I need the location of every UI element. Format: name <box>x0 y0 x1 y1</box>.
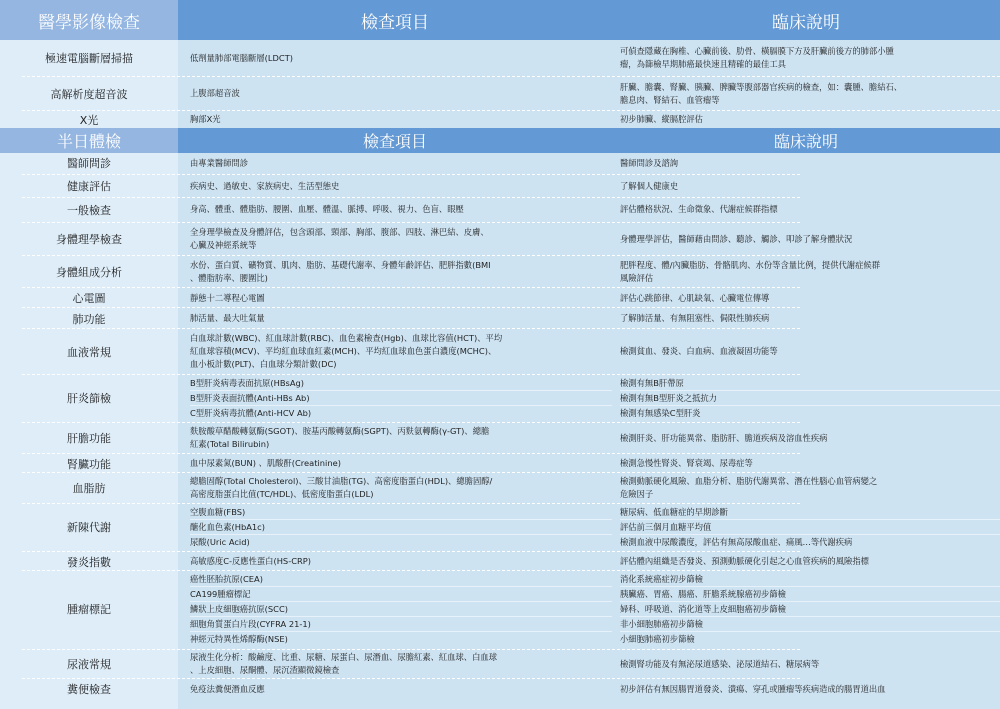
imaging-category-title: 醫學影像檢查 <box>0 0 178 40</box>
row-items: 尿液生化分析：酸鹼度、比重、尿糖、尿蛋白、尿潛血、尿膽紅素、紅血球、白血球、上皮… <box>178 650 612 678</box>
desc-line: 評估體格狀況、生命徵象、代謝症候群指標 <box>620 203 1000 216</box>
row-items: 癌性胚胎抗原(CEA) CA199腫瘤標記 鱗狀上皮細胞癌抗原(SCC) 細胞角… <box>178 571 612 647</box>
row-desc: 初步肺臟、縱膈腔評估 <box>612 111 1000 128</box>
row-items: 疾病史、過敏史、家族病史、生活型態史 <box>178 175 612 197</box>
desc-line: 檢測腎功能及有無泌尿道感染、泌尿道結石、糖尿病等 <box>620 658 1000 671</box>
desc-line: 檢測有無感染C型肝炎 <box>620 406 1000 420</box>
row-desc: 評估體內組織是否發炎、預測動脈硬化引起之心血管疾病的風險指標 <box>612 552 1000 571</box>
desc-line: 評估體內組織是否發炎、預測動脈硬化引起之心血管疾病的風險指標 <box>620 555 1000 568</box>
desc-line: 評估前三個月血糖平均值 <box>620 520 1000 535</box>
item-line: B型肝炎表面抗體(Anti-HBs Ab) <box>190 391 612 406</box>
desc-line: 身體理學評估，醫師藉由問診、聽診、觸診、叩診了解身體狀況 <box>620 233 1000 246</box>
desc-line: 初步評估有無因腸胃道發炎、潰瘍、穿孔或腫瘤等疾病造成的腸胃道出血 <box>620 683 1000 696</box>
item-line: 細胞角質蛋白片段(CYFRA 21-1) <box>190 617 612 632</box>
table-row: 發炎指數 高敏感度C-反應性蛋白(HS-CRP) 評估體內組織是否發炎、預測動脈… <box>0 552 1000 571</box>
table-row: 肝膽功能 麩胺酸草醋酸轉氨酶(SGOT)、胺基丙酸轉氨酶(SGPT)、丙麩氨轉酶… <box>0 423 1000 453</box>
table-row: X光 胸部X光 初步肺臟、縱膈腔評估 <box>0 111 1000 128</box>
item-line: 紅血球容積(MCV)、平均紅血球血紅素(MCH)、平均紅血球血色蛋白濃度(MCH… <box>190 345 612 358</box>
row-name: 身體理學檢查 <box>0 223 178 255</box>
row-desc: 了解個人健康史 <box>612 175 1000 197</box>
imaging-items-header: 檢查項目 <box>178 0 612 40</box>
row-desc: 檢測貧血、發炎、白血病、血液凝固功能等 <box>612 329 1000 374</box>
row-items: 血中尿素氮(BUN) 、肌酸酐(Creatinine) <box>178 454 612 473</box>
table-row: 身體理學檢查 全身理學檢查及身體評估，包含頭部、頸部、胸部、腹部、四肢、淋巴結、… <box>0 223 1000 255</box>
row-items: 低劑量肺部電腦斷層(LDCT) <box>178 40 612 76</box>
row-items: 由專業醫師問診 <box>178 153 612 173</box>
desc-line: 檢測有無B肝帶原 <box>620 376 1000 391</box>
row-name: 血液常規 <box>0 329 178 374</box>
item-line: CA199腫瘤標記 <box>190 587 612 602</box>
desc-line: 檢測有無B型肝炎之抵抗力 <box>620 391 1000 406</box>
row-name: 一般檢查 <box>0 198 178 221</box>
table-row: 心電圖 靜態十二導程心電圖 評估心跳節律、心肌缺氧、心臟電位傳導 <box>0 288 1000 308</box>
item-line: 血小板計數(PLT)、白血球分類計數(DC) <box>190 358 612 371</box>
row-desc: 評估心跳節律、心肌缺氧、心臟電位傳導 <box>612 288 1000 308</box>
row-name: 糞便檢查 <box>0 679 178 699</box>
halfday-header: 半日體檢 檢查項目 臨床說明 <box>0 128 1000 153</box>
row-desc: 初步評估有無因腸胃道發炎、潰瘍、穿孔或腫瘤等疾病造成的腸胃道出血 <box>612 679 1000 699</box>
desc-line: 風險評估 <box>620 272 1000 285</box>
row-desc: 檢測有無B肝帶原 檢測有無B型肝炎之抵抗力 檢測有無感染C型肝炎 <box>612 376 1000 420</box>
row-items: 靜態十二導程心電圖 <box>178 288 612 308</box>
item-line: 麩胺酸草醋酸轉氨酶(SGOT)、胺基丙酸轉氨酶(SGPT)、丙麩氨轉酶(γ-GT… <box>190 425 612 438</box>
table-row: 一般檢查 身高、體重、體脂肪、腰圍、血壓、體溫、脈搏、呼吸、視力、色盲、眼壓 評… <box>0 198 1000 221</box>
imaging-header: 醫學影像檢查 檢查項目 臨床說明 <box>0 0 1000 40</box>
row-desc: 肥胖程度、體/內臟脂肪、骨骼肌肉、水份等含量比例，提供代謝症候群風險評估 <box>612 256 1000 287</box>
row-name: 醫師問診 <box>0 153 178 173</box>
item-line: 空腹血糖(FBS) <box>190 505 612 520</box>
desc-line: 檢測急慢性腎炎、腎衰竭、尿毒症等 <box>620 457 1000 470</box>
item-line: 水份、蛋白質、礦物質、肌肉、脂肪、基礎代謝率、身體年齡評估、肥胖指數(BMI <box>190 259 612 272</box>
item-line: 、上皮細胞、尿酮體、尿沉渣顯微鏡檢查 <box>190 664 612 677</box>
item-line: 胸部X光 <box>190 113 612 126</box>
row-desc: 檢測腎功能及有無泌尿道感染、泌尿道結石、糖尿病等 <box>612 650 1000 678</box>
row-items: 總膽固醇(Total Cholesterol)、三酸甘油脂(TG)、高密度脂蛋白… <box>178 473 612 503</box>
row-name: X光 <box>0 111 178 128</box>
desc-line: 了解個人健康史 <box>620 180 1000 193</box>
desc-line: 肝臟、膽囊、腎臟、胰臟、脾臟等腹部器官疾病的檢查，如：囊腫、膽結石、 <box>620 81 1000 94</box>
item-line: 上腹部超音波 <box>190 87 612 100</box>
table-row: 血液常規 白血球計數(WBC)、紅血球計數(RBC)、血色素檢查(Hgb)、血球… <box>0 329 1000 374</box>
row-name: 高解析度超音波 <box>0 77 178 110</box>
halfday-items-header: 檢查項目 <box>178 128 612 153</box>
desc-line: 檢測貧血、發炎、白血病、血液凝固功能等 <box>620 345 1000 358</box>
table-row: 腎臟功能 血中尿素氮(BUN) 、肌酸酐(Creatinine) 檢測急慢性腎炎… <box>0 454 1000 473</box>
row-name: 新陳代謝 <box>0 505 178 549</box>
item-line: 醣化血色素(HbA1c) <box>190 520 612 535</box>
health-checkup-table: 醫學影像檢查 檢查項目 臨床說明 極速電腦斷層掃描 低劑量肺部電腦斷層(LDCT… <box>0 0 1000 709</box>
row-divider <box>22 374 800 375</box>
desc-line: 婦科、呼吸道、消化道等上皮細胞癌初步篩檢 <box>620 602 1000 617</box>
table-row: 血脂肪 總膽固醇(Total Cholesterol)、三酸甘油脂(TG)、高密… <box>0 473 1000 503</box>
halfday-clinical-header: 臨床說明 <box>612 128 1000 153</box>
item-line: 總膽固醇(Total Cholesterol)、三酸甘油脂(TG)、高密度脂蛋白… <box>190 475 612 488</box>
row-desc: 檢測急慢性腎炎、腎衰竭、尿毒症等 <box>612 454 1000 473</box>
row-name: 身體組成分析 <box>0 256 178 287</box>
item-line: 癌性胚胎抗原(CEA) <box>190 572 612 587</box>
item-line: 由專業醫師問診 <box>190 157 612 170</box>
row-items: 肺活量、最大吐氣量 <box>178 308 612 329</box>
desc-line: 小細胞肺癌初步篩檢 <box>620 632 1000 646</box>
item-line: 肺活量、最大吐氣量 <box>190 312 612 325</box>
item-line: 疾病史、過敏史、家族病史、生活型態史 <box>190 180 612 193</box>
row-items: 空腹血糖(FBS) 醣化血色素(HbA1c) 尿酸(Uric Acid) <box>178 505 612 549</box>
table-row: 尿液常規 尿液生化分析：酸鹼度、比重、尿糖、尿蛋白、尿潛血、尿膽紅素、紅血球、白… <box>0 650 1000 678</box>
item-line: 身高、體重、體脂肪、腰圍、血壓、體溫、脈搏、呼吸、視力、色盲、眼壓 <box>190 203 612 216</box>
row-desc: 了解肺活量、有無阻塞性、侷限性肺疾病 <box>612 308 1000 329</box>
desc-line: 肥胖程度、體/內臟脂肪、骨骼肌肉、水份等含量比例，提供代謝症候群 <box>620 259 1000 272</box>
table-row: 肝炎篩檢 B型肝炎病毒表面抗原(HBsAg) B型肝炎表面抗體(Anti-HBs… <box>0 376 1000 420</box>
item-line: 免疫法糞便潛血反應 <box>190 683 612 696</box>
row-desc: 肝臟、膽囊、腎臟、胰臟、脾臟等腹部器官疾病的檢查，如：囊腫、膽結石、膽息肉、腎結… <box>612 77 1000 110</box>
table-row: 腫瘤標記 癌性胚胎抗原(CEA) CA199腫瘤標記 鱗狀上皮細胞癌抗原(SCC… <box>0 571 1000 647</box>
row-items: 上腹部超音波 <box>178 77 612 110</box>
row-items: 麩胺酸草醋酸轉氨酶(SGOT)、胺基丙酸轉氨酶(SGPT)、丙麩氨轉酶(γ-GT… <box>178 423 612 453</box>
row-items: B型肝炎病毒表面抗原(HBsAg) B型肝炎表面抗體(Anti-HBs Ab) … <box>178 376 612 420</box>
desc-line: 瘤，為篩檢早期肺癌最快速且精確的最佳工具 <box>620 58 1000 71</box>
row-desc: 檢測動脈硬化風險、血脂分析、脂肪代謝異常、潛在性腦心血管病變之危險因子 <box>612 473 1000 503</box>
row-name: 腎臟功能 <box>0 454 178 473</box>
item-line: 心臟及神經系統等 <box>190 239 612 252</box>
row-name: 血脂肪 <box>0 473 178 503</box>
item-line: B型肝炎病毒表面抗原(HBsAg) <box>190 376 612 391</box>
row-name: 肺功能 <box>0 308 178 329</box>
item-line: 鱗狀上皮細胞癌抗原(SCC) <box>190 602 612 617</box>
item-line: 尿液生化分析：酸鹼度、比重、尿糖、尿蛋白、尿潛血、尿膽紅素、紅血球、白血球 <box>190 651 612 664</box>
imaging-clinical-header: 臨床說明 <box>612 0 1000 40</box>
table-row: 糞便檢查 免疫法糞便潛血反應 初步評估有無因腸胃道發炎、潰瘍、穿孔或腫瘤等疾病造… <box>0 679 1000 699</box>
table-row: 極速電腦斷層掃描 低劑量肺部電腦斷層(LDCT) 可偵查隱藏在胸椎、心臟前後、肋… <box>0 40 1000 76</box>
item-line: 血中尿素氮(BUN) 、肌酸酐(Creatinine) <box>190 457 612 470</box>
item-line: 、體脂肪率、腰圍比) <box>190 272 612 285</box>
row-items: 胸部X光 <box>178 111 612 128</box>
desc-line: 胰臟癌、胃癌、腸癌、肝膽系統腺癌初步篩檢 <box>620 587 1000 602</box>
table-row: 身體組成分析 水份、蛋白質、礦物質、肌肉、脂肪、基礎代謝率、身體年齡評估、肥胖指… <box>0 256 1000 287</box>
item-line: 靜態十二導程心電圖 <box>190 292 612 305</box>
row-desc: 評估體格狀況、生命徵象、代謝症候群指標 <box>612 198 1000 221</box>
row-desc: 可偵查隱藏在胸椎、心臟前後、肋骨、橫膈膜下方及肝臟前後方的肺部小腫瘤，為篩檢早期… <box>612 40 1000 76</box>
row-name: 肝膽功能 <box>0 423 178 453</box>
desc-line: 危險因子 <box>620 488 1000 501</box>
row-desc: 消化系統癌症初步篩檢 胰臟癌、胃癌、腸癌、肝膽系統腺癌初步篩檢 婦科、呼吸道、消… <box>612 571 1000 647</box>
row-name: 發炎指數 <box>0 552 178 571</box>
desc-line: 醫師問診及諮詢 <box>620 157 1000 170</box>
table-row: 醫師問診 由專業醫師問診 醫師問診及諮詢 <box>0 153 1000 173</box>
item-line: 高密度脂蛋白比值(TC/HDL)、低密度脂蛋白(LDL) <box>190 488 612 501</box>
desc-line: 評估心跳節律、心肌缺氧、心臟電位傳導 <box>620 292 1000 305</box>
item-line: C型肝炎病毒抗體(Anti-HCV Ab) <box>190 406 612 420</box>
row-desc: 糖尿病、低血糖症的早期診斷 評估前三個月血糖平均值 檢測血液中尿酸濃度，評估有無… <box>612 505 1000 549</box>
desc-line: 可偵查隱藏在胸椎、心臟前後、肋骨、橫膈膜下方及肝臟前後方的肺部小腫 <box>620 45 1000 58</box>
item-line: 全身理學檢查及身體評估，包含頭部、頸部、胸部、腹部、四肢、淋巴結、皮膚、 <box>190 226 612 239</box>
row-name: 心電圖 <box>0 288 178 308</box>
row-name: 尿液常規 <box>0 650 178 678</box>
table-row: 新陳代謝 空腹血糖(FBS) 醣化血色素(HbA1c) 尿酸(Uric Acid… <box>0 505 1000 549</box>
row-items: 免疫法糞便潛血反應 <box>178 679 612 699</box>
desc-line: 非小細胞肺癌初步篩檢 <box>620 617 1000 632</box>
row-desc: 身體理學評估，醫師藉由問診、聽診、觸診、叩診了解身體狀況 <box>612 223 1000 255</box>
item-line: 紅素(Total Bilirubin) <box>190 438 612 451</box>
desc-line: 膽息肉、腎結石、血管瘤等 <box>620 94 1000 107</box>
row-items: 水份、蛋白質、礦物質、肌肉、脂肪、基礎代謝率、身體年齡評估、肥胖指數(BMI、體… <box>178 256 612 287</box>
item-line: 高敏感度C-反應性蛋白(HS-CRP) <box>190 555 612 568</box>
row-name: 腫瘤標記 <box>0 571 178 647</box>
table-row: 肺功能 肺活量、最大吐氣量 了解肺活量、有無阻塞性、侷限性肺疾病 <box>0 308 1000 329</box>
row-name: 健康評估 <box>0 175 178 197</box>
item-line: 神經元特異性烯醇酶(NSE) <box>190 632 612 646</box>
item-line: 尿酸(Uric Acid) <box>190 535 612 549</box>
desc-line: 消化系統癌症初步篩檢 <box>620 572 1000 587</box>
desc-line: 初步肺臟、縱膈腔評估 <box>620 113 1000 126</box>
row-divider <box>22 503 800 504</box>
item-line: 低劑量肺部電腦斷層(LDCT) <box>190 52 612 65</box>
row-items: 白血球計數(WBC)、紅血球計數(RBC)、血色素檢查(Hgb)、血球比容值(H… <box>178 329 612 374</box>
row-items: 全身理學檢查及身體評估，包含頭部、頸部、胸部、腹部、四肢、淋巴結、皮膚、心臟及神… <box>178 223 612 255</box>
table-row: 健康評估 疾病史、過敏史、家族病史、生活型態史 了解個人健康史 <box>0 175 1000 197</box>
row-items: 高敏感度C-反應性蛋白(HS-CRP) <box>178 552 612 571</box>
row-name: 極速電腦斷層掃描 <box>0 40 178 76</box>
halfday-category-title: 半日體檢 <box>0 128 178 153</box>
desc-line: 糖尿病、低血糖症的早期診斷 <box>620 505 1000 520</box>
item-line: 白血球計數(WBC)、紅血球計數(RBC)、血色素檢查(Hgb)、血球比容值(H… <box>190 332 612 345</box>
row-desc: 醫師問診及諮詢 <box>612 153 1000 173</box>
desc-line: 檢測肝炎、肝功能異常、脂肪肝、膽道疾病及溶血性疾病 <box>620 432 1000 445</box>
desc-line: 了解肺活量、有無阻塞性、侷限性肺疾病 <box>620 312 1000 325</box>
row-desc: 檢測肝炎、肝功能異常、脂肪肝、膽道疾病及溶血性疾病 <box>612 423 1000 453</box>
desc-line: 檢測動脈硬化風險、血脂分析、脂肪代謝異常、潛在性腦心血管病變之 <box>620 475 1000 488</box>
row-name: 肝炎篩檢 <box>0 376 178 420</box>
desc-line: 檢測血液中尿酸濃度，評估有無高尿酸血症、痛風…等代謝疾病 <box>620 535 1000 549</box>
row-items: 身高、體重、體脂肪、腰圍、血壓、體溫、脈搏、呼吸、視力、色盲、眼壓 <box>178 198 612 221</box>
table-row: 高解析度超音波 上腹部超音波 肝臟、膽囊、腎臟、胰臟、脾臟等腹部器官疾病的檢查，… <box>0 77 1000 110</box>
